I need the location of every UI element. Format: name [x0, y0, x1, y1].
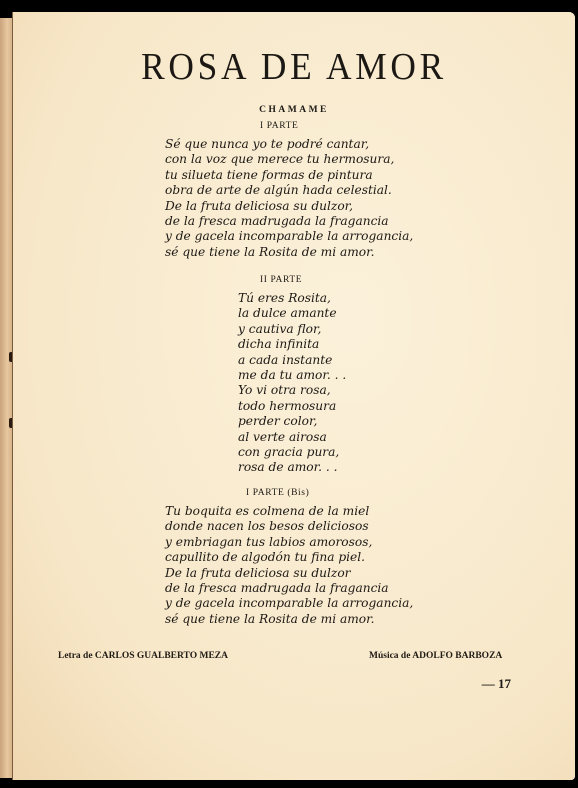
verse-line: obra de arte de algún hada celestial.	[165, 183, 413, 198]
section-label-1: I PARTE	[260, 121, 298, 131]
verse-line: con gracia pura,	[238, 445, 346, 460]
verse-line: a cada instante	[238, 353, 346, 368]
verse-line: dicha infinita	[238, 337, 346, 352]
verse-line: De la fruta deliciosa su dulzor	[165, 566, 413, 581]
verse-line: perder color,	[238, 414, 346, 429]
section-label-3: I PARTE (Bis)	[246, 488, 309, 498]
lyrics-credit: Letra de CARLOS GUALBERTO MEZA	[58, 651, 228, 661]
page-number: — 17	[482, 676, 511, 692]
verse-line: Yo vi otra rosa,	[238, 383, 346, 398]
verse-line: la dulce amante	[238, 306, 346, 321]
music-credit: Música de ADOLFO BARBOZA	[369, 651, 502, 661]
verse-line: y cautiva flor,	[238, 322, 346, 337]
verse-line: sé que tiene la Rosita de mi amor.	[165, 612, 413, 627]
section-label-2: II PARTE	[260, 275, 302, 285]
verse-line: y embriagan tus labios amorosos,	[165, 535, 413, 550]
verse-line: Tú eres Rosita,	[238, 291, 346, 306]
verse-line: rosa de amor. . .	[238, 460, 346, 475]
verse-line: me da tu amor. . .	[238, 368, 346, 383]
verse-line: al verte airosa	[238, 430, 346, 445]
stanza-3: Tu boquita es colmena de la miel donde n…	[165, 504, 413, 627]
verse-line: de la fresca madrugada la fragancia	[165, 214, 413, 229]
stanza-1: Sé que nunca yo te podré cantar, con la …	[165, 137, 413, 260]
verse-line: Tu boquita es colmena de la miel	[165, 504, 413, 519]
book-spine	[0, 18, 12, 778]
verse-line: todo hermosura	[238, 399, 346, 414]
verse-line: con la voz que merece tu hermosura,	[165, 152, 413, 167]
stanza-2: Tú eres Rosita, la dulce amante y cautiv…	[238, 291, 346, 476]
song-title: ROSA DE AMOR	[33, 45, 556, 89]
verse-line: donde nacen los besos deliciosos	[165, 519, 413, 534]
verse-line: y de gacela incomparable la arrogancia,	[165, 229, 413, 244]
song-genre: CHAMAME	[13, 105, 575, 115]
book-page: ROSA DE AMOR CHAMAME I PARTE Sé que nunc…	[12, 12, 575, 780]
verse-line: sé que tiene la Rosita de mi amor.	[165, 245, 413, 260]
verse-line: de la fresca madrugada la fragancia	[165, 581, 413, 596]
verse-line: y de gacela incomparable la arrogancia,	[165, 596, 413, 611]
verse-line: Sé que nunca yo te podré cantar,	[165, 137, 413, 152]
verse-line: capullito de algodón tu fina piel.	[165, 550, 413, 565]
verse-line: tu silueta tiene formas de pintura	[165, 168, 413, 183]
verse-line: De la fruta deliciosa su dulzor,	[165, 199, 413, 214]
